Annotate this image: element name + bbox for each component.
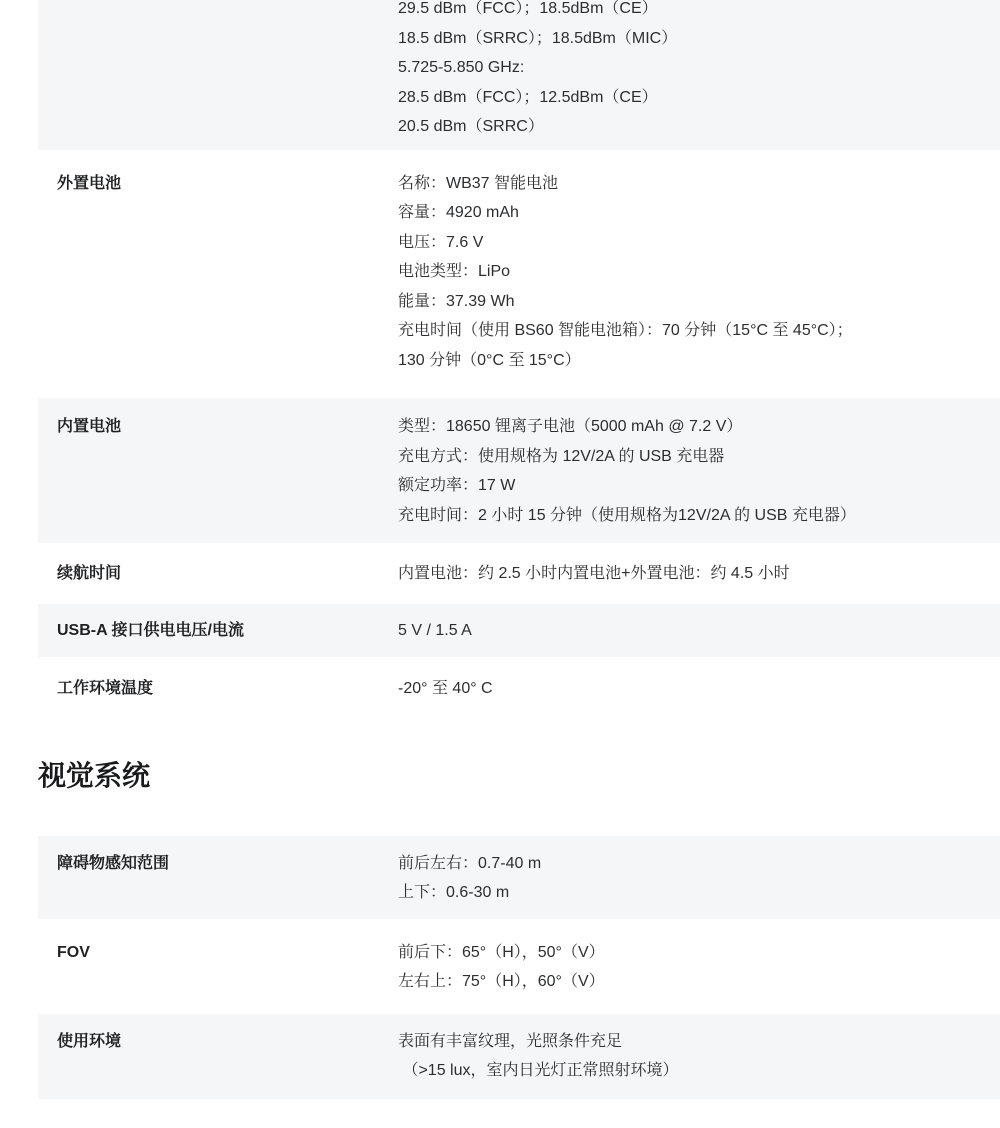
spec-value-line: （>15 lux，室内日光灯正常照射环境） <box>398 1056 1000 1086</box>
spec-value-line: 内置电池：约 2.5 小时内置电池+外置电池：约 4.5 小时 <box>398 559 1000 589</box>
spec-value-line: 电池类型：LiPo <box>398 257 1000 287</box>
spec-value-line: 电压：7.6 V <box>398 228 1000 258</box>
spec-label: 障碍物感知范围 <box>38 849 398 879</box>
spec-value-line: -20° 至 40° C <box>398 674 1000 704</box>
spec-value-line: 表面有丰富纹理，光照条件充足 <box>398 1027 1000 1057</box>
spec-value-line: 名称：WB37 智能电池 <box>398 169 1000 199</box>
section-title-vision-system: 视觉系统 <box>38 757 1000 795</box>
spec-value-line: 额定功率：17 W <box>398 471 1000 501</box>
spec-value-line: 5.725-5.850 GHz: <box>398 53 1000 83</box>
spec-value: 前后左右：0.7-40 m 上下：0.6-30 m <box>398 849 1000 908</box>
spec-label: 内置电池 <box>38 412 398 442</box>
spec-value-line: 左右上：75°（H），60°（V） <box>398 967 1000 997</box>
spec-value: -20° 至 40° C <box>398 674 1000 704</box>
spec-value-line: 能量：37.39 Wh <box>398 287 1000 317</box>
spec-value-line: 类型：18650 锂离子电池（5000 mAh @ 7.2 V） <box>398 412 1000 442</box>
spec-value: 29.5 dBm（FCC）；18.5dBm（CE） 18.5 dBm（SRRC）… <box>398 0 1000 142</box>
spec-value-line: 容量：4920 mAh <box>398 198 1000 228</box>
spec-value-line: 充电方式：使用规格为 12V/2A 的 USB 充电器 <box>398 442 1000 472</box>
spec-value-line: 18.5 dBm（SRRC）；18.5dBm（MIC） <box>398 24 1000 54</box>
spec-label: 工作环境温度 <box>38 674 398 704</box>
spec-value-line: 充电时间（使用 BS60 智能电池箱）：70 分钟（15°C 至 45°C）； <box>398 316 1000 346</box>
spec-value: 类型：18650 锂离子电池（5000 mAh @ 7.2 V） 充电方式：使用… <box>398 412 1000 530</box>
spec-value: 内置电池：约 2.5 小时内置电池+外置电池：约 4.5 小时 <box>398 559 1000 589</box>
spec-value-line: 前后下：65°（H），50°（V） <box>398 938 1000 968</box>
spec-row-usb-a-power: USB-A 接口供电电压/电流 5 V / 1.5 A <box>38 604 1000 658</box>
spec-row-operating-environment: 使用环境 表面有丰富纹理，光照条件充足 （>15 lux，室内日光灯正常照射环境… <box>38 1014 1000 1099</box>
spec-value-line: 充电时间：2 小时 15 分钟（使用规格为12V/2A 的 USB 充电器） <box>398 501 1000 531</box>
spec-value: 表面有丰富纹理，光照条件充足 （>15 lux，室内日光灯正常照射环境） <box>398 1027 1000 1086</box>
spec-row-obstacle-sensing-range: 障碍物感知范围 前后左右：0.7-40 m 上下：0.6-30 m <box>38 836 1000 919</box>
spec-value: 5 V / 1.5 A <box>398 616 1000 646</box>
spec-value-line: 前后左右：0.7-40 m <box>398 849 1000 879</box>
spec-label: 续航时间 <box>38 559 398 589</box>
spec-row-fov: FOV 前后下：65°（H），50°（V） 左右上：75°（H），60°（V） <box>38 919 1000 1014</box>
spec-row-internal-battery: 内置电池 类型：18650 锂离子电池（5000 mAh @ 7.2 V） 充电… <box>38 398 1000 543</box>
spec-value-line: 130 分钟（0°C 至 15°C） <box>398 346 1000 376</box>
spec-row-transmit-power: 29.5 dBm（FCC）；18.5dBm（CE） 18.5 dBm（SRRC）… <box>38 0 1000 150</box>
spec-label: USB-A 接口供电电压/电流 <box>38 616 398 646</box>
spec-value: 前后下：65°（H），50°（V） 左右上：75°（H），60°（V） <box>398 938 1000 997</box>
spec-row-battery-life: 续航时间 内置电池：约 2.5 小时内置电池+外置电池：约 4.5 小时 <box>38 543 1000 604</box>
spec-value-line: 29.5 dBm（FCC）；18.5dBm（CE） <box>398 0 1000 24</box>
spec-value-line: 28.5 dBm（FCC）；12.5dBm（CE） <box>398 83 1000 113</box>
spec-value-line: 20.5 dBm（SRRC） <box>398 112 1000 142</box>
spec-row-operating-temperature: 工作环境温度 -20° 至 40° C <box>38 657 1000 720</box>
spec-label: FOV <box>38 938 398 968</box>
spec-table: 29.5 dBm（FCC）；18.5dBm（CE） 18.5 dBm（SRRC）… <box>38 0 1000 1099</box>
spec-value-line: 5 V / 1.5 A <box>398 616 1000 646</box>
spec-label: 使用环境 <box>38 1027 398 1057</box>
spec-value: 名称：WB37 智能电池 容量：4920 mAh 电压：7.6 V 电池类型：L… <box>398 169 1000 376</box>
spec-label: 外置电池 <box>38 169 398 199</box>
spec-value-line: 上下：0.6-30 m <box>398 878 1000 908</box>
spec-row-external-battery: 外置电池 名称：WB37 智能电池 容量：4920 mAh 电压：7.6 V 电… <box>38 150 1000 399</box>
